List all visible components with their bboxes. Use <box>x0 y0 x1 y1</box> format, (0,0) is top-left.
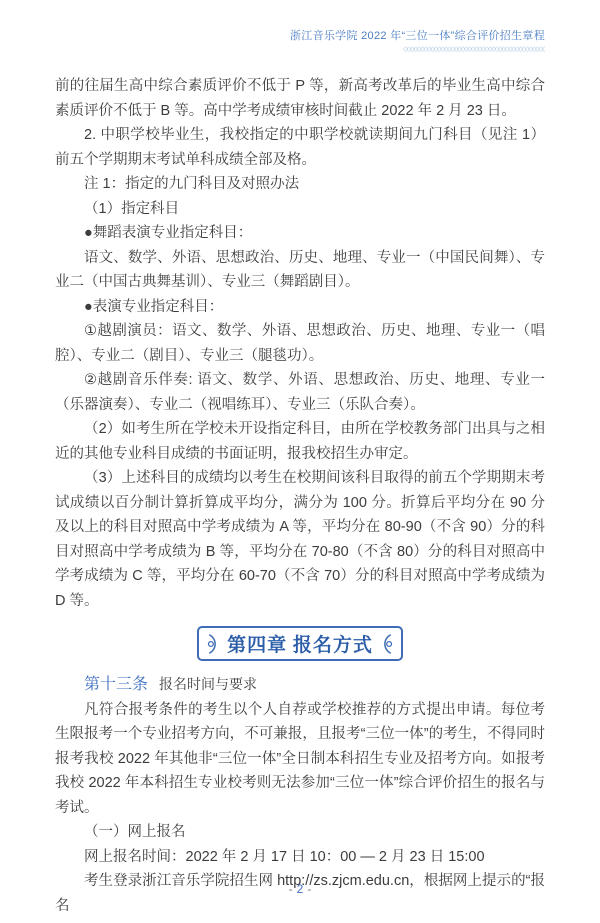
paragraph: 2. 中职学校毕业生，我校指定的中职学校就读期间九门科目（见注 1）前五个学期期… <box>55 123 545 172</box>
header-decoration-chain-icon: ◇◇◇◇◇◇◇◇◇◇◇◇◇◇◇◇◇◇◇◇◇◇◇◇◇◇◇◇◇◇◇◇◇◇◇◇◇◇◇◇… <box>403 46 545 54</box>
paragraph: （3）上述科目的成绩均以考生在校期间该科目取得的前五个学期期末考试成绩以百分制计… <box>55 466 545 613</box>
paragraph: ●舞蹈表演专业指定科目： <box>55 221 545 246</box>
doc-header: 浙江音乐学院 2022 年“三位一体”综合评价招生章程 ◇◇◇◇◇◇◇◇◇◇◇◇… <box>290 27 545 54</box>
article-heading: 第十三条报名时间与要求 <box>55 672 545 698</box>
document-body: 前的往届生高中综合素质评价不低于 P 等，新高考改革后的毕业生高中综合素质评价不… <box>55 74 545 918</box>
paragraph: ●表演专业指定科目： <box>55 295 545 320</box>
page-footer: -2- <box>0 882 600 896</box>
paragraph: 凡符合报考条件的考生以个人自荐或学校推荐的方式提出申请。每位考生限报考一个专业招… <box>55 698 545 821</box>
footer-dash: - <box>289 882 293 896</box>
paragraph: （1）指定科目 <box>55 197 545 222</box>
paragraph: 语文、数学、外语、思想政治、历史、地理、专业一（中国民间舞）、专业二（中国古典舞… <box>55 246 545 295</box>
doc-header-title: 浙江音乐学院 2022 年“三位一体”综合评价招生章程 <box>290 27 545 43</box>
chapter-banner: 第四章 报名方式 <box>197 626 403 661</box>
paragraph: （一）网上报名 <box>55 820 545 845</box>
footer-dash: - <box>307 882 311 896</box>
paragraph: ②越剧音乐伴奏: 语文、数学、外语、思想政治、历史、地理、专业一（乐器演奏）、专… <box>55 368 545 417</box>
page-number: 2 <box>297 882 304 896</box>
article-title: 报名时间与要求 <box>159 676 257 692</box>
banner-right-scroll-icon <box>380 632 396 656</box>
paragraph: 网上报名时间：2022 年 2 月 17 日 10：00 — 2 月 23 日 … <box>55 845 545 870</box>
paragraph: ①越剧演员：语文、数学、外语、思想政治、历史、地理、专业一（唱腔）、专业二（剧目… <box>55 319 545 368</box>
paragraph: （2）如考生所在学校未开设指定科目，由所在学校教务部门出具与之相近的其他专业科目… <box>55 417 545 466</box>
chapter-title: 第四章 报名方式 <box>227 630 373 657</box>
page-container: 浙江音乐学院 2022 年“三位一体”综合评价招生章程 ◇◇◇◇◇◇◇◇◇◇◇◇… <box>0 0 600 923</box>
paragraph: 注 1：指定的九门科目及对照办法 <box>55 172 545 197</box>
paragraph: 前的往届生高中综合素质评价不低于 P 等，新高考改革后的毕业生高中综合素质评价不… <box>55 74 545 123</box>
article-number: 第十三条 <box>84 676 148 693</box>
banner-left-scroll-icon <box>204 632 220 656</box>
